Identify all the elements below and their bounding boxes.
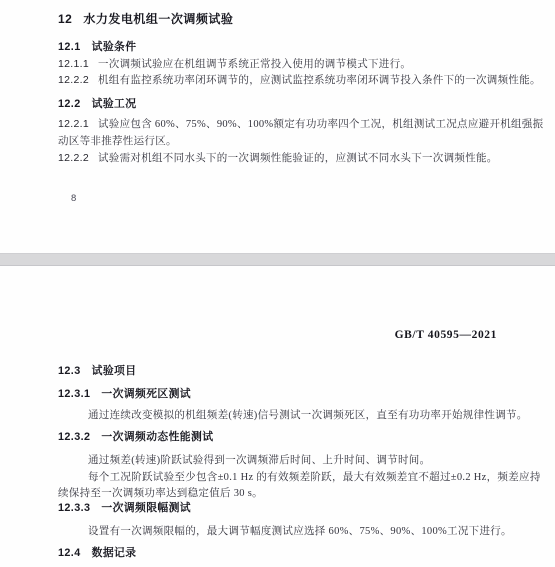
page-number: 8 — [71, 193, 76, 204]
section-heading-12-3-3: 12.3.3一次调频限幅测试 — [58, 500, 191, 515]
paragraph-12-3-2-b-line2: 续保持至一次调频功率达到稳定值后 30 s。 — [58, 485, 263, 500]
section-number: 12 — [58, 12, 72, 26]
clause-12-1-1: 12.1.1一次调频试验应在机组调节系统正常投入使用的调节模式下进行。 — [58, 56, 411, 71]
paragraph-12-3-2-a: 通过频差(转速)阶跃试验得到一次调频滞后时间、上升时间、调节时间。 — [88, 452, 430, 467]
section-title: 一次调频限幅测试 — [101, 502, 191, 514]
clause-number: 12.2.1 — [58, 118, 89, 130]
section-heading-12-2: 12.2试验工况 — [58, 96, 136, 111]
section-heading-12-4: 12.4数据记录 — [58, 545, 136, 560]
clause-number: 12.2.2 — [58, 74, 89, 86]
standard-code-header: GB/T 40595—2021 — [395, 329, 497, 341]
clause-12-2-2-b: 12.2.2试验需对机组不同水头下的一次调频性能验证的，应测试不同水头下一次调频… — [58, 150, 498, 165]
section-heading-12-1: 12.1试验条件 — [58, 39, 136, 54]
page-separator — [0, 253, 555, 266]
document-viewer: 12水力发电机组一次调频试验 12.1试验条件 12.1.1一次调频试验应在机组… — [0, 0, 555, 567]
paragraph-12-3-3: 设置有一次调频限幅的，最大调节幅度测试应选择 60%、75%、90%、100%工… — [88, 523, 512, 538]
section-heading-12-3-2: 12.3.2一次调频动态性能测试 — [58, 429, 213, 444]
section-number: 12.3.3 — [58, 502, 90, 514]
section-title: 一次调频动态性能测试 — [101, 431, 213, 443]
section-title: 试验条件 — [92, 41, 137, 53]
clause-number: 12.1.1 — [58, 58, 89, 70]
clause-number: 12.2.2 — [58, 152, 89, 164]
clause-text: 试验应包含 60%、75%、90%、100%额定有功功率四个工况，机组测试工况点… — [98, 119, 543, 130]
section-title: 试验项目 — [92, 365, 137, 377]
section-title: 数据记录 — [92, 547, 137, 559]
section-title: 一次调频死区测试 — [101, 388, 191, 400]
section-number: 12.2 — [58, 98, 81, 110]
section-number: 12.1 — [58, 41, 81, 53]
paragraph-12-3-1: 通过连续改变模拟的机组频差(转速)信号测试一次调频死区，直至有功功率开始规律性调… — [88, 407, 528, 422]
section-title: 试验工况 — [92, 98, 137, 110]
clause-12-2-1-line1: 12.2.1试验应包含 60%、75%、90%、100%额定有功功率四个工况，机… — [58, 116, 543, 131]
clause-text: 一次调频试验应在机组调节系统正常投入使用的调节模式下进行。 — [98, 59, 411, 70]
clause-text: 动区等非推荐性运行区。 — [58, 136, 177, 147]
clause-text: 试验需对机组不同水头下的一次调频性能验证的，应测试不同水头下一次调频性能。 — [98, 153, 498, 164]
clause-12-2-1-line2: 动区等非推荐性运行区。 — [58, 133, 177, 148]
page-8: 12水力发电机组一次调频试验 12.1试验条件 12.1.1一次调频试验应在机组… — [0, 0, 555, 253]
clause-12-2-2-a: 12.2.2机组有监控系统功率闭环调节的，应测试监控系统功率闭环调节投入条件下的… — [58, 72, 541, 87]
section-heading-12-3-1: 12.3.1一次调频死区测试 — [58, 386, 191, 401]
section-heading-12-3: 12.3试验项目 — [58, 363, 136, 378]
section-number: 12.3.1 — [58, 388, 90, 400]
clause-text: 机组有监控系统功率闭环调节的，应测试监控系统功率闭环调节投入条件下的一次调频性能… — [98, 75, 541, 86]
section-title: 水力发电机组一次调频试验 — [83, 12, 233, 26]
section-number: 12.4 — [58, 547, 81, 559]
section-number: 12.3 — [58, 365, 81, 377]
section-heading-12: 12水力发电机组一次调频试验 — [58, 10, 233, 27]
section-number: 12.3.2 — [58, 431, 90, 443]
paragraph-12-3-2-b-line1: 每个工况阶跃试验至少包含±0.1 Hz 的有效频差阶跃，最大有效频差宜不超过±0… — [88, 469, 541, 484]
page-9: GB/T 40595—2021 12.3试验项目 12.3.1一次调频死区测试 … — [0, 266, 555, 567]
